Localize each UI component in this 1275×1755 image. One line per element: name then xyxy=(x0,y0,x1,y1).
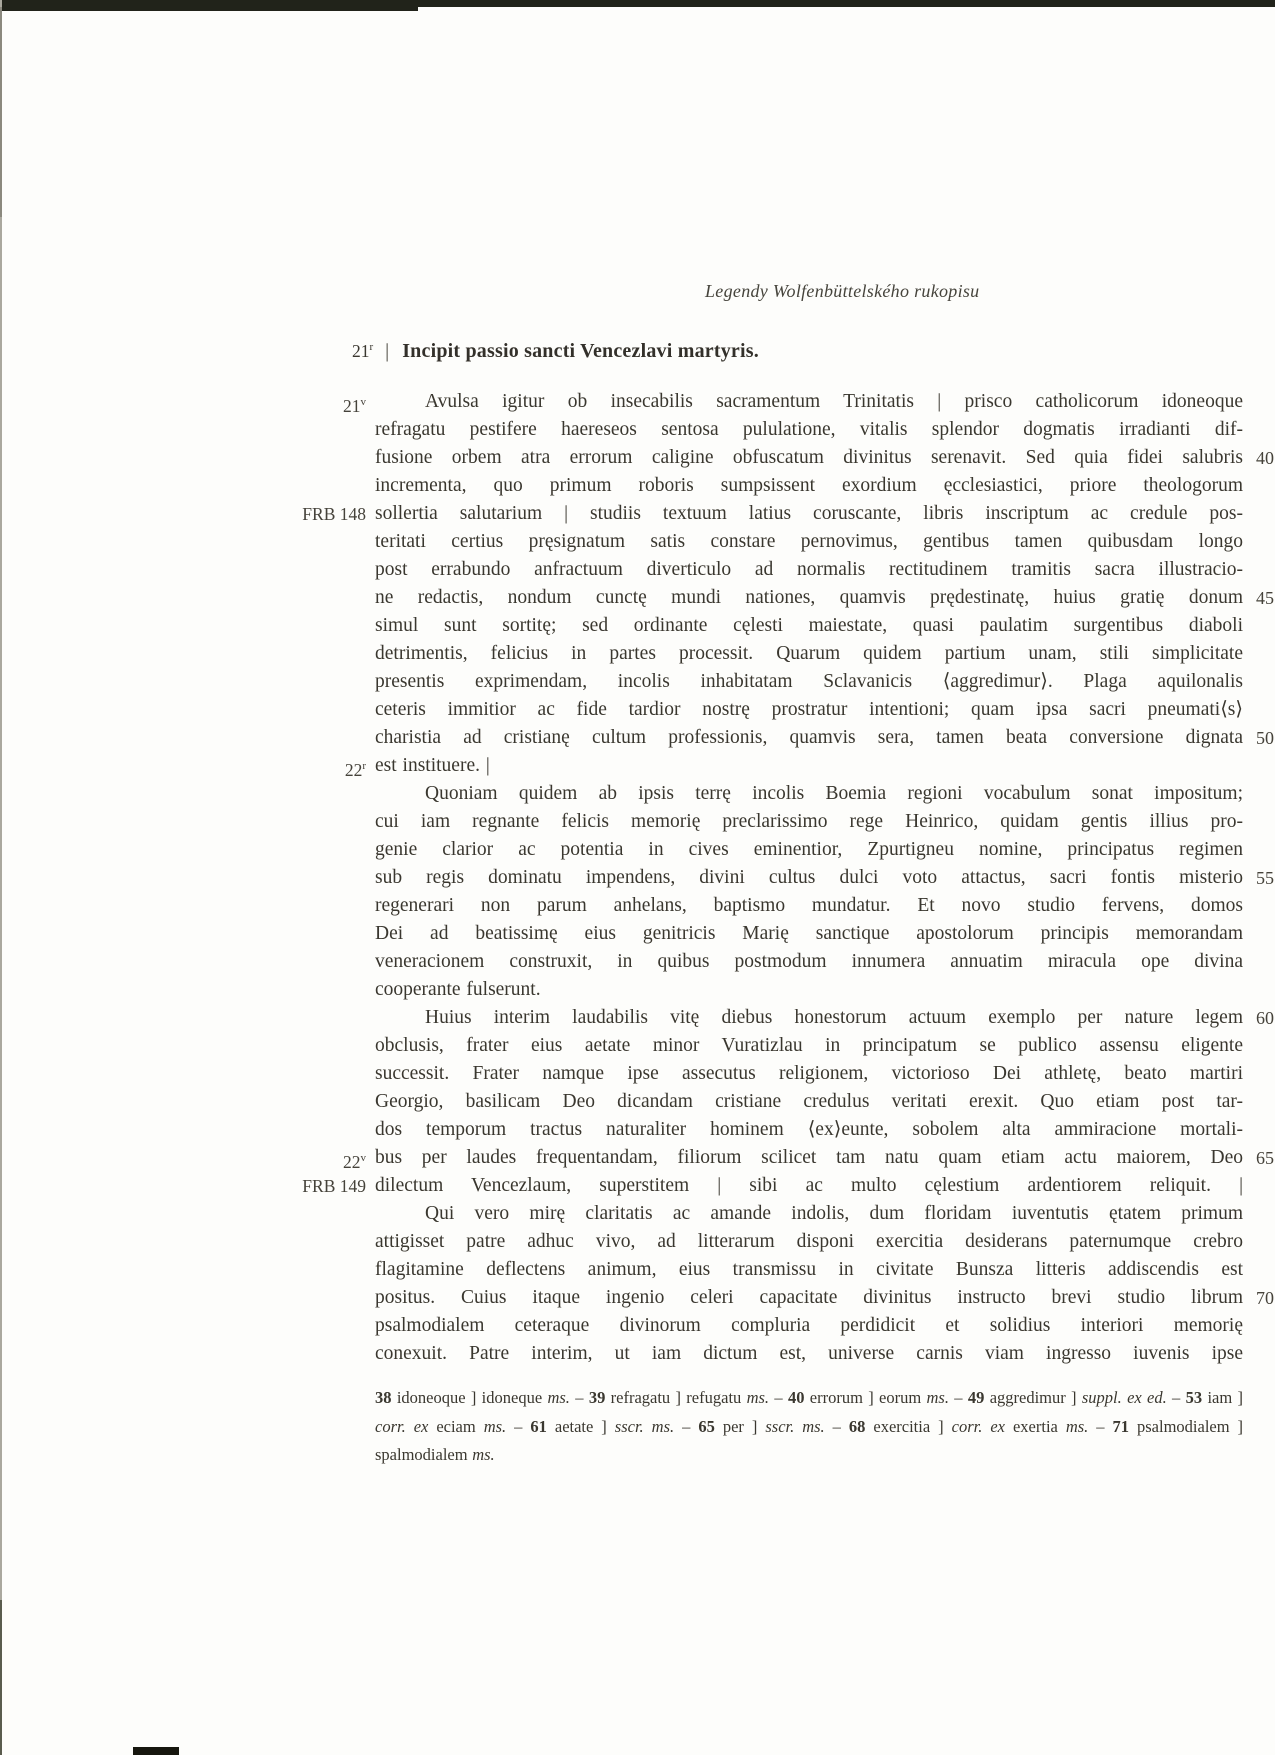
body-line: dos temporum tractus naturaliter hominem… xyxy=(375,1116,1243,1144)
page: Legendy Wolfenbüttelského rukopisu 21r|I… xyxy=(0,0,1275,1755)
body-line: flagitamine deflectens animum, eius tran… xyxy=(375,1256,1243,1284)
body-line: teritati certius pręsignatum satis const… xyxy=(375,528,1243,556)
body-line: cui iam regnante felicis memorię preclar… xyxy=(375,808,1243,836)
apparatus-segment: – xyxy=(506,1417,530,1436)
apparatus-segment: sscr. ms. xyxy=(765,1417,824,1436)
body-line: simul sunt sortitę; sed ordinante cęlest… xyxy=(375,612,1243,640)
line-number: 40 xyxy=(1238,444,1274,472)
apparatus-segment: sscr. ms. xyxy=(615,1417,674,1436)
scan-left-edge-line-bottom xyxy=(0,1600,2,1755)
body-line: sollertia salutarium | studiis textuum l… xyxy=(375,500,1243,528)
body-line: incrementa, quo primum roboris sumpsisse… xyxy=(375,472,1243,500)
apparatus-segment: 49 xyxy=(968,1388,985,1407)
apparatus: 38 idoneoque ] idoneque ms. – 39 refraga… xyxy=(375,1384,1243,1470)
body-line: Quoniam quidem ab ipsis terrę incolis Bo… xyxy=(375,780,1243,808)
apparatus-segment: – xyxy=(674,1417,698,1436)
body-line: Avulsa igitur ob insecabilis sacramentum… xyxy=(375,388,1243,416)
body-line: Georgio, basilicam Deo dicandam cristian… xyxy=(375,1088,1243,1116)
apparatus-segment: aetate ] xyxy=(547,1417,615,1436)
apparatus-segment: refragatu ] refugatu xyxy=(605,1388,746,1407)
body-line: successit. Frater namque ipse assecutus … xyxy=(375,1060,1243,1088)
heading-folio-sup: r xyxy=(370,341,374,353)
apparatus-segment: exertia xyxy=(1005,1417,1066,1436)
apparatus-segment: 40 xyxy=(788,1388,805,1407)
folio-label: 22r xyxy=(288,752,366,784)
body-line: ne redactis, nondum cunctę mundi natione… xyxy=(375,584,1243,612)
body-line: regenerari non parum anhelans, baptismo … xyxy=(375,892,1243,920)
line-number: 65 xyxy=(1238,1144,1274,1172)
apparatus-segment: 65 xyxy=(698,1417,715,1436)
apparatus-segment: – xyxy=(570,1388,589,1407)
apparatus-segment: ms. xyxy=(484,1417,506,1436)
scan-left-edge-line-top xyxy=(0,7,2,217)
apparatus-segment: idoneoque ] idoneque xyxy=(392,1388,548,1407)
apparatus-segment: 68 xyxy=(849,1417,866,1436)
apparatus-segment: exercitia ] xyxy=(865,1417,951,1436)
apparatus-segment: 71 xyxy=(1113,1417,1130,1436)
line-number: 60 xyxy=(1238,1004,1274,1032)
body-line: conexuit. Patre interim, ut iam dictum e… xyxy=(375,1340,1243,1368)
frb-label: FRB 149 xyxy=(288,1172,366,1200)
body-line: bus per laudes frequentandam, filiorum s… xyxy=(375,1144,1243,1172)
body-line: charistia ad cristianę cultum profession… xyxy=(375,724,1243,752)
body-line: presentis exprimendam, incolis inhabitat… xyxy=(375,668,1243,696)
apparatus-segment: – xyxy=(769,1388,788,1407)
body-line: fusione orbem atra errorum caligine obfu… xyxy=(375,444,1243,472)
line-number: 45 xyxy=(1238,584,1274,612)
apparatus-segment: – xyxy=(1088,1417,1112,1436)
apparatus-segment: aggredimur ] xyxy=(984,1388,1082,1407)
apparatus-segment: ms. xyxy=(747,1388,769,1407)
apparatus-segment: eciam xyxy=(428,1417,483,1436)
apparatus-segment: per ] xyxy=(715,1417,766,1436)
apparatus-segment: corr. ex xyxy=(952,1417,1005,1436)
apparatus-segment: 38 xyxy=(375,1388,392,1407)
apparatus-segment: ms. xyxy=(547,1388,569,1407)
apparatus-segment: ms. xyxy=(472,1445,494,1464)
body-line: ceteris immitior ac fide tardior nostrę … xyxy=(375,696,1243,724)
heading-title: Incipit passio sancti Vencezlavi martyri… xyxy=(402,340,759,362)
body-line: dilectum Vencezlaum, superstitem | sibi … xyxy=(375,1172,1243,1200)
body-line: genie clarior ac potentia in cives emine… xyxy=(375,836,1243,864)
body-text: Avulsa igitur ob insecabilis sacramentum… xyxy=(375,388,1243,1368)
body-line: Huius interim laudabilis vitę diebus hon… xyxy=(375,1004,1243,1032)
frb-label: FRB 148 xyxy=(288,500,366,528)
running-header: Legendy Wolfenbüttelského rukopisu xyxy=(705,281,980,302)
body-line: est instituere. | xyxy=(375,752,1243,780)
apparatus-segment: errorum ] eorum xyxy=(804,1388,926,1407)
body-line: attigisset patre adhuc vivo, ad litterar… xyxy=(375,1228,1243,1256)
body-line: Qui vero mirę claritatis ac amande indol… xyxy=(375,1200,1243,1228)
heading-row: 21r|Incipit passio sancti Vencezlavi mar… xyxy=(352,340,759,370)
apparatus-segment: corr. ex xyxy=(375,1417,428,1436)
body-line: refragatu pestifere haereseos sentosa pu… xyxy=(375,416,1243,444)
apparatus-segment: ms. xyxy=(927,1388,949,1407)
apparatus-segment: – xyxy=(1167,1388,1186,1407)
line-number: 55 xyxy=(1238,864,1274,892)
scan-bottom-mark xyxy=(133,1747,179,1755)
apparatus-segment: suppl. ex ed. xyxy=(1082,1388,1167,1407)
line-number: 70 xyxy=(1238,1284,1274,1312)
folio-label: 21v xyxy=(288,388,366,420)
body-line: psalmodialem ceteraque divinorum complur… xyxy=(375,1312,1243,1340)
body-line: cooperante fulserunt. xyxy=(375,976,1243,1004)
scan-left-edge-line xyxy=(0,0,2,1755)
body-line: obclusis, frater eius aetate minor Vurat… xyxy=(375,1032,1243,1060)
apparatus-segment: 39 xyxy=(589,1388,606,1407)
scan-top-bar-left xyxy=(0,0,418,11)
body-line: post errabundo anfractuum diverticulo ad… xyxy=(375,556,1243,584)
body-line: Dei ad beatissimę eius genitricis Marię … xyxy=(375,920,1243,948)
apparatus-segment: – xyxy=(825,1417,849,1436)
apparatus-segment: – xyxy=(949,1388,968,1407)
apparatus-segment: iam ] xyxy=(1202,1388,1243,1407)
line-number: 50 xyxy=(1238,724,1274,752)
body-line: sub regis dominatu impendens, divini cul… xyxy=(375,864,1243,892)
body-line: detrimentis, felicius in partes processi… xyxy=(375,640,1243,668)
apparatus-segment: 61 xyxy=(530,1417,547,1436)
heading-folio: 21r xyxy=(352,341,373,361)
heading-separator: | xyxy=(385,340,389,363)
body-line: veneracionem construxit, in quibus postm… xyxy=(375,948,1243,976)
body-line: positus. Cuius itaque ingenio celeri cap… xyxy=(375,1284,1243,1312)
apparatus-segment: 53 xyxy=(1186,1388,1203,1407)
apparatus-segment: ms. xyxy=(1066,1417,1088,1436)
